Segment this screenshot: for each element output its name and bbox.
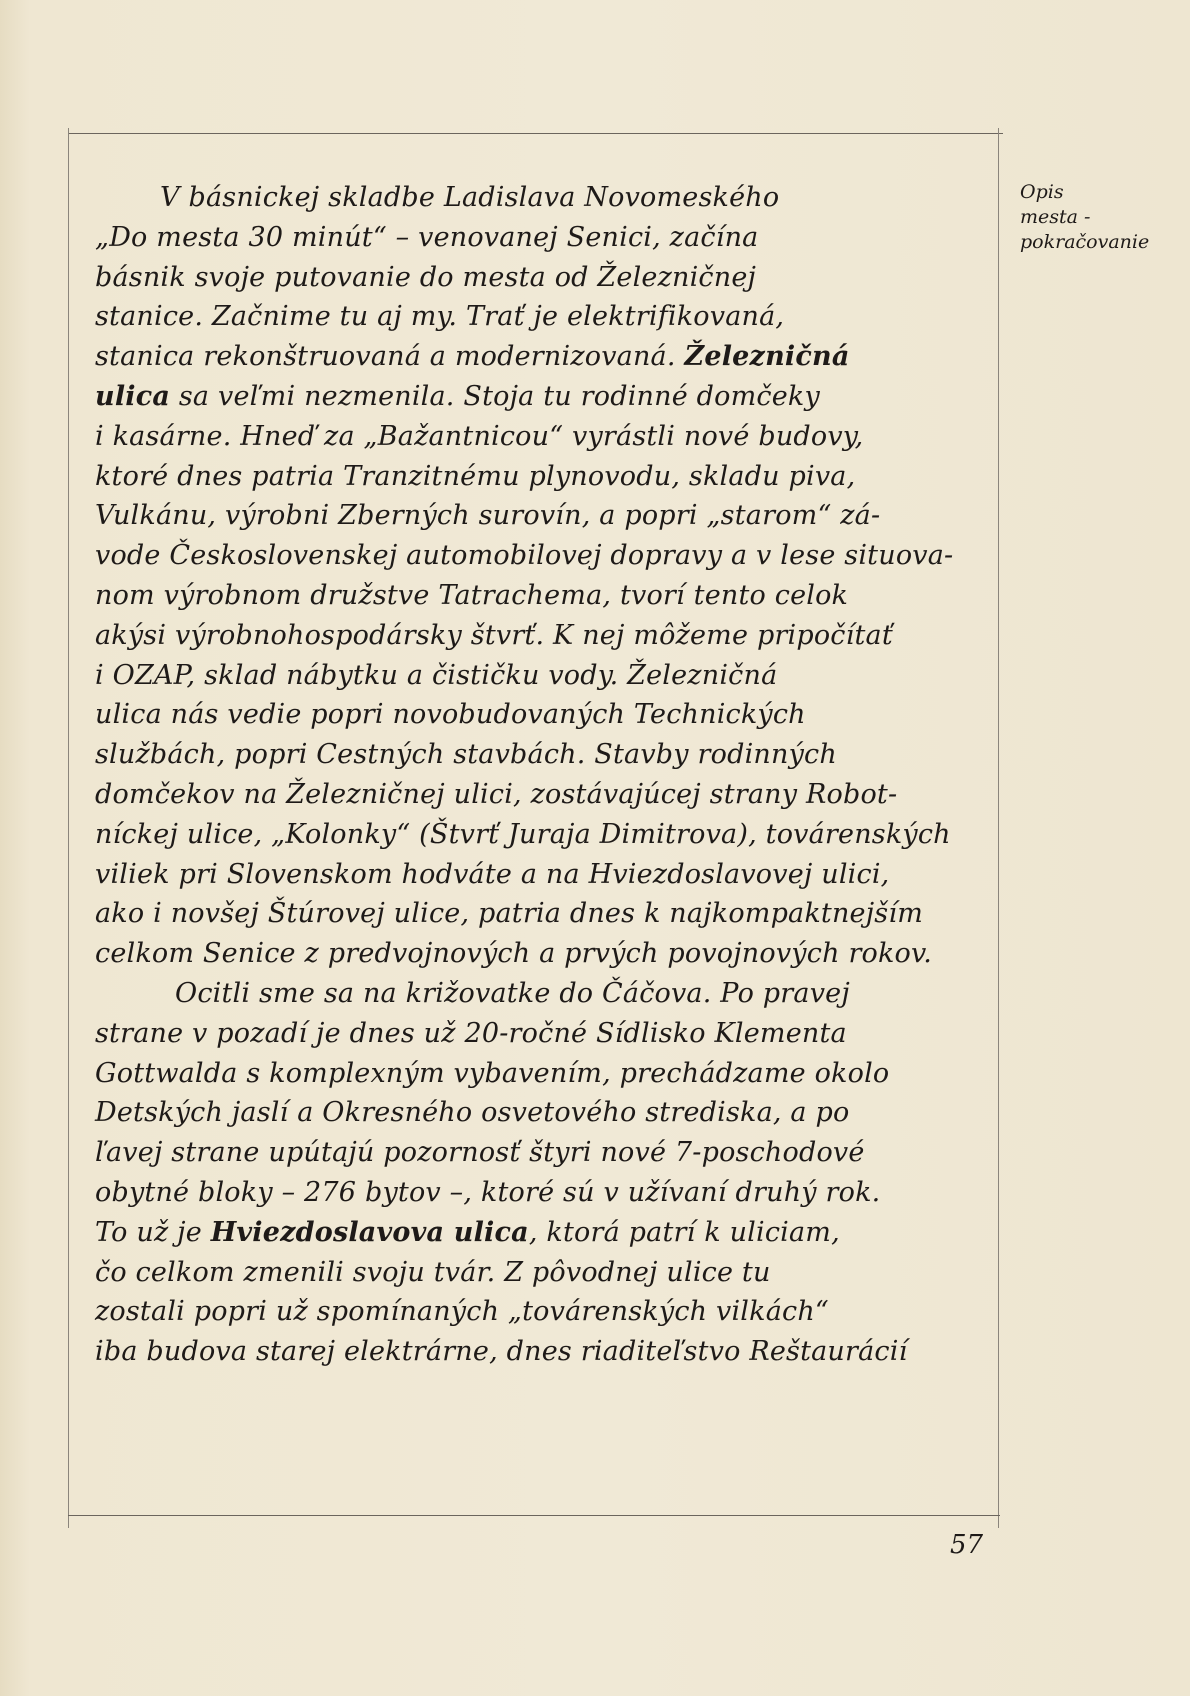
line-text: ako i novšej Štúrovej ulice, patria dnes… [95,898,923,929]
text-line: Gottwalda s komplexným vybavením, prechá… [95,1054,1010,1094]
text-line: ulica nás vedie popri novobudovaných Tec… [95,695,1010,735]
line-text: stanica rekonštruovaná a modernizovaná. [95,341,684,372]
text-line: akýsi výrobnohospodársky štvrť. K nej mô… [95,616,1010,656]
line-text: básnik svoje putovanie do mesta od Želez… [95,262,756,293]
line-text: Detských jaslí a Okresného osvetového st… [95,1097,849,1128]
text-line-paragraph-start: Ocitli sme sa na križovatke do Čáčova. P… [95,974,1010,1014]
line-text: Ocitli sme sa na križovatke do Čáčova. P… [175,978,850,1009]
text-line: ľavej strane upútajú pozornosť štyri nov… [95,1133,1010,1173]
line-text: strane v pozadí je dnes už 20-ročné Sídl… [95,1018,847,1049]
text-line: iba budova starej elektrárne, dnes riadi… [95,1332,1010,1372]
line-text: iba budova starej elektrárne, dnes riadi… [95,1336,907,1367]
line-text: akýsi výrobnohospodársky štvrť. K nej mô… [95,620,893,651]
frame-left-rule [68,128,69,1528]
text-line: strane v pozadí je dnes už 20-ročné Sídl… [95,1014,1010,1054]
line-text: nom výrobnom družstve Tatrachema, tvorí … [95,580,848,611]
line-text: To už je [95,1217,211,1248]
text-line: básnik svoje putovanie do mesta od Želez… [95,258,1010,298]
margin-note-line: mesta - [1020,205,1190,230]
page-number: 57 [950,1530,983,1560]
margin-note-line: pokračovanie [1020,230,1190,255]
text-line: obytné bloky – 276 bytov –, ktoré sú v u… [95,1173,1010,1213]
text-line: „Do mesta 30 minút“ – venovanej Senici, … [95,218,1010,258]
line-text: vode Československej automobilovej dopra… [95,540,953,571]
line-text: níckej ulice, „Kolonky“ (Štvrť Juraja Di… [95,819,951,850]
text-line: Detských jaslí a Okresného osvetového st… [95,1093,1010,1133]
text-line: ako i novšej Štúrovej ulice, patria dnes… [95,894,1010,934]
line-text: ulica nás vedie popri novobudovaných Tec… [95,699,806,730]
line-text: stanice. Začnime tu aj my. Trať je elekt… [95,301,784,332]
text-line: čo celkom zmenili svoju tvár. Z pôvodnej… [95,1253,1010,1293]
line-text: ľavej strane upútajú pozornosť štyri nov… [95,1137,865,1168]
line-text: Gottwalda s komplexným vybavením, prechá… [95,1058,889,1089]
line-text: sa veľmi nezmenila. Stoja tu rodinné dom… [170,381,820,412]
text-line: službách, popri Cestných stavbách. Stavb… [95,735,1010,775]
street-name-bold: Železničná [684,341,849,372]
text-line: zostali popri už spomínaných „továrenský… [95,1292,1010,1332]
text-line: Vulkánu, výrobni Zberných surovín, a pop… [95,496,1010,536]
line-text: , ktorá patrí k uliciam, [529,1217,840,1248]
text-line: nom výrobnom družstve Tatrachema, tvorí … [95,576,1010,616]
text-line: ktoré dnes patria Tranzitnému plynovodu,… [95,457,1010,497]
text-line: ulica sa veľmi nezmenila. Stoja tu rodin… [95,377,1010,417]
line-text: službách, popri Cestných stavbách. Stavb… [95,739,837,770]
line-text: celkom Senice z predvojnových a prvých p… [95,938,932,969]
text-line: stanica rekonštruovaná a modernizovaná. … [95,337,1010,377]
text-line: domčekov na Železničnej ulici, zostávajú… [95,775,1010,815]
line-text: viliek pri Slovenskom hodváte a na Hviez… [95,859,889,890]
line-text: Vulkánu, výrobni Zberných surovín, a pop… [95,500,880,531]
line-text: domčekov na Železničnej ulici, zostávajú… [95,779,897,810]
street-name-bold: Hviezdoslavova ulica [211,1217,529,1248]
line-text: „Do mesta 30 minút“ – venovanej Senici, … [95,222,758,253]
text-line: viliek pri Slovenskom hodváte a na Hviez… [95,855,1010,895]
line-text: V básnickej skladbe Ladislava Novomeskéh… [160,182,779,213]
margin-note-line: Opis [1020,180,1190,205]
text-line: stanice. Začnime tu aj my. Trať je elekt… [95,297,1010,337]
text-line: To už je Hviezdoslavova ulica, ktorá pat… [95,1213,1010,1253]
frame-top-rule [68,133,1003,134]
text-line: níckej ulice, „Kolonky“ (Štvrť Juraja Di… [95,815,1010,855]
text-line: vode Československej automobilovej dopra… [95,536,1010,576]
line-text: čo celkom zmenili svoju tvár. Z pôvodnej… [95,1257,771,1288]
text-line: i kasárne. Hneď za „Bažantnicou“ vyrástl… [95,417,1010,457]
text-line: celkom Senice z predvojnových a prvých p… [95,934,1010,974]
street-name-bold: ulica [95,381,170,412]
line-text: obytné bloky – 276 bytov –, ktoré sú v u… [95,1177,880,1208]
line-text: i kasárne. Hneď za „Bažantnicou“ vyrástl… [95,421,863,452]
line-text: i OZAP, sklad nábytku a čističku vody. Ž… [95,660,777,691]
line-text: zostali popri už spomínaných „továrenský… [95,1296,829,1327]
text-line: V básnickej skladbe Ladislava Novomeskéh… [95,178,1010,218]
margin-note: Opis mesta - pokračovanie [1020,180,1190,255]
text-line: i OZAP, sklad nábytku a čističku vody. Ž… [95,656,1010,696]
handwritten-body-text: V básnickej skladbe Ladislava Novomeskéh… [95,178,1010,1372]
line-text: ktoré dnes patria Tranzitnému plynovodu,… [95,461,855,492]
frame-bottom-rule [68,1515,1000,1516]
